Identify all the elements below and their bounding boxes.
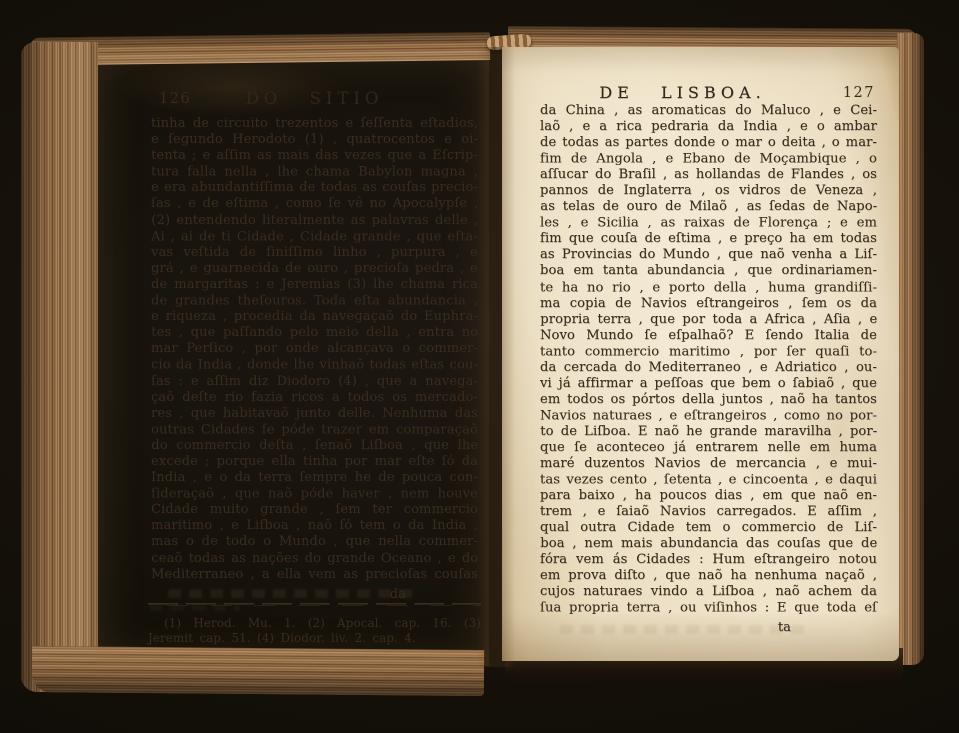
text-line: boa em tanta abundancia , que ordinariam…: [540, 263, 877, 279]
book-scan-viewport: 126 DO SITIO tinha de circuito trezentos…: [0, 0, 959, 733]
text-line: ceaõ todas as nações do grande Oceano , …: [151, 551, 478, 567]
text-line: qual outra Cidade tem o commercio de Liſ…: [540, 520, 877, 536]
text-line: fóra vem ás Cidades : Hum eſtrangeiro no…: [540, 552, 877, 568]
text-line: vas veſtida de finiſſimo linho , purpura…: [151, 245, 478, 261]
text-line: cio da India , donde lhe vinhaõ todas eſ…: [151, 358, 478, 374]
text-line: da cercada do Mediterraneo , e Adriatico…: [540, 360, 877, 376]
right-page-body: da China , as aromaticas do Maluco , e C…: [540, 103, 877, 617]
text-line: te ha no rio , e porto della , huma gran…: [540, 280, 877, 296]
text-line: ſideraçaõ , que naõ póde haver , nem hou…: [151, 487, 478, 503]
text-line: outras Cidades ſe póde trazer em compara…: [151, 422, 478, 438]
text-line: da China , as aromaticas do Maluco , e C…: [540, 103, 877, 119]
text-line: excede ; porque ella tinha por mar eſte …: [151, 454, 478, 470]
text-line: boa , nem mais abundancia das couſas que…: [540, 536, 877, 552]
text-line: Novo Mundo ſe eſpalhaõ? E ſendo Italia d…: [540, 328, 877, 344]
text-line: tinha de circuito trezentos e ſeſſenta e…: [151, 116, 478, 132]
right-running-title: DE LISBOA.: [540, 83, 877, 102]
text-line: ſua propria terra , ou viſinhos : E que …: [540, 601, 877, 617]
text-line: Jeremit cap. 51. (4) Diodor. liv. 2. cap…: [148, 631, 481, 646]
text-line: tenta ; e aſſim as mais das vezes que a …: [151, 148, 478, 164]
page-edges-left: [21, 42, 98, 692]
footnote-rule: [148, 603, 481, 607]
text-line: Ai , ai de ti Cidade , Cidade grande , q…: [151, 229, 478, 245]
text-line: Mediterraneo , a ella vem as precioſas c…: [151, 567, 478, 583]
edge-shading: [897, 33, 924, 665]
text-line: laõ , e a rica pedraria da India , e o a…: [540, 119, 877, 135]
text-line: maritimo , e Liſboa , naõ ſó tem o da In…: [151, 518, 478, 534]
text-line: tura falla nella , lhe chama Babylon mag…: [151, 165, 478, 181]
text-line: ma copia de Navios eſtrangeiros , ſem os…: [540, 296, 877, 312]
text-line: pannos de Inglaterra , os vidros de Vene…: [540, 183, 877, 199]
text-line: fim de Angola , e Ebano de Moçambique , …: [540, 151, 877, 167]
text-line: cujos naturaes vindo a Liſboa , naõ ache…: [540, 584, 877, 600]
text-line: de margaritas : e Jeremias (3) lhe chama…: [151, 277, 478, 293]
text-line: to de Liſboa. E naõ he grande maravilha …: [540, 424, 877, 440]
text-line: em todos os pórtos della juntos , naõ ha…: [540, 392, 877, 408]
text-line: aſſucar do Braſil , as hollandas de Flan…: [540, 167, 877, 183]
text-line: mas o de todo o Mundo , que nella commer…: [151, 534, 478, 550]
text-line: mar Perſico , por onde alcançava o comme…: [151, 341, 478, 357]
text-line: tas vezes cento , ſetenta , e cincoenta …: [540, 472, 877, 488]
page-edges-right: [897, 33, 924, 665]
edge-shading: [21, 42, 98, 692]
text-line: em prova diſto , que naõ ha nenhuma naça…: [540, 568, 877, 584]
text-line: para baixo , ha poucos dias , em que naõ…: [540, 488, 877, 504]
text-line: trem , e ſaiaõ Navios carregados. E aſſi…: [540, 504, 877, 520]
text-line: çaõ deſte rio fazia ricos a todos os mer…: [151, 390, 478, 406]
left-running-head: 126 DO SITIO: [151, 89, 478, 111]
text-line: tanto commercio maritimo , por ſer quaſi…: [540, 344, 877, 360]
text-line: les , e Sicilia , as raixas de Florença …: [540, 216, 877, 232]
text-line: as Provincias do Mundo , que naõ venha a…: [540, 247, 877, 263]
text-line: grá , e guarnecida de ouro , precioſa pe…: [151, 261, 478, 277]
text-line: e riqueza , procedia da navegaçaõ do Eup…: [151, 309, 478, 325]
text-line: fim que couſa de eſtima , e preço ha em …: [540, 231, 877, 247]
gutter-shadow: [477, 47, 515, 667]
left-running-title: DO SITIO: [151, 89, 478, 108]
text-line: ſas : e aſſim diz Diodoro (4) , que a na…: [151, 374, 478, 390]
text-line: Cidade muito grande , ſem ter commercio: [151, 502, 478, 518]
text-line: (1) Herod. Mu. 1. (2) Apocal. cap. 16. (…: [148, 616, 481, 631]
right-page-number: 127: [843, 85, 875, 101]
text-line: que ſe aconteceo já entrarem nelle em hu…: [540, 440, 877, 456]
text-line: vi já affirmar a peſſoas que bem o ſabia…: [540, 376, 877, 392]
text-line: maré duzentos Navios de mercancia , e mu…: [540, 456, 877, 472]
left-page-body: tinha de circuito trezentos e ſeſſenta e…: [151, 116, 478, 583]
text-line: res , que habitavaõ junto delle. Nenhuma…: [151, 406, 478, 422]
text-line: ſas , e de eſtima , como ſe vê no Apocal…: [151, 196, 478, 212]
text-line: Navios naturaes , e eſtrangeiros , como …: [540, 408, 877, 424]
right-running-head: DE LISBOA. 127: [540, 83, 877, 105]
text-line: do commercio deſta , ſenaõ Liſboa , que …: [151, 438, 478, 454]
left-catchword: da: [151, 587, 478, 602]
text-line: de todas as partes donde o mar o deita ,…: [540, 135, 877, 151]
text-line: India , e o da terra ſempre he de pouca …: [151, 470, 478, 486]
text-line: propria terra , que por toda a Africa , …: [540, 312, 877, 328]
left-page-footnotes: (1) Herod. Mu. 1. (2) Apocal. cap. 16. (…: [148, 616, 481, 646]
text-line: as telas de ouro de Milaõ , as ſedas de …: [540, 199, 877, 215]
right-catchword: ta: [540, 620, 877, 635]
text-line: (2) entendendo literalmente as palavras …: [151, 213, 478, 229]
text-line: tes , que paſſando pelo meio della , ent…: [151, 325, 478, 341]
text-line: de grandes theſouros. Toda eſta abundanc…: [151, 293, 478, 309]
text-line: e era abundantiſſima de todas as couſas …: [151, 180, 478, 196]
text-line: e ſegundo Herodoto (1) , quatrocentos e …: [151, 132, 478, 148]
